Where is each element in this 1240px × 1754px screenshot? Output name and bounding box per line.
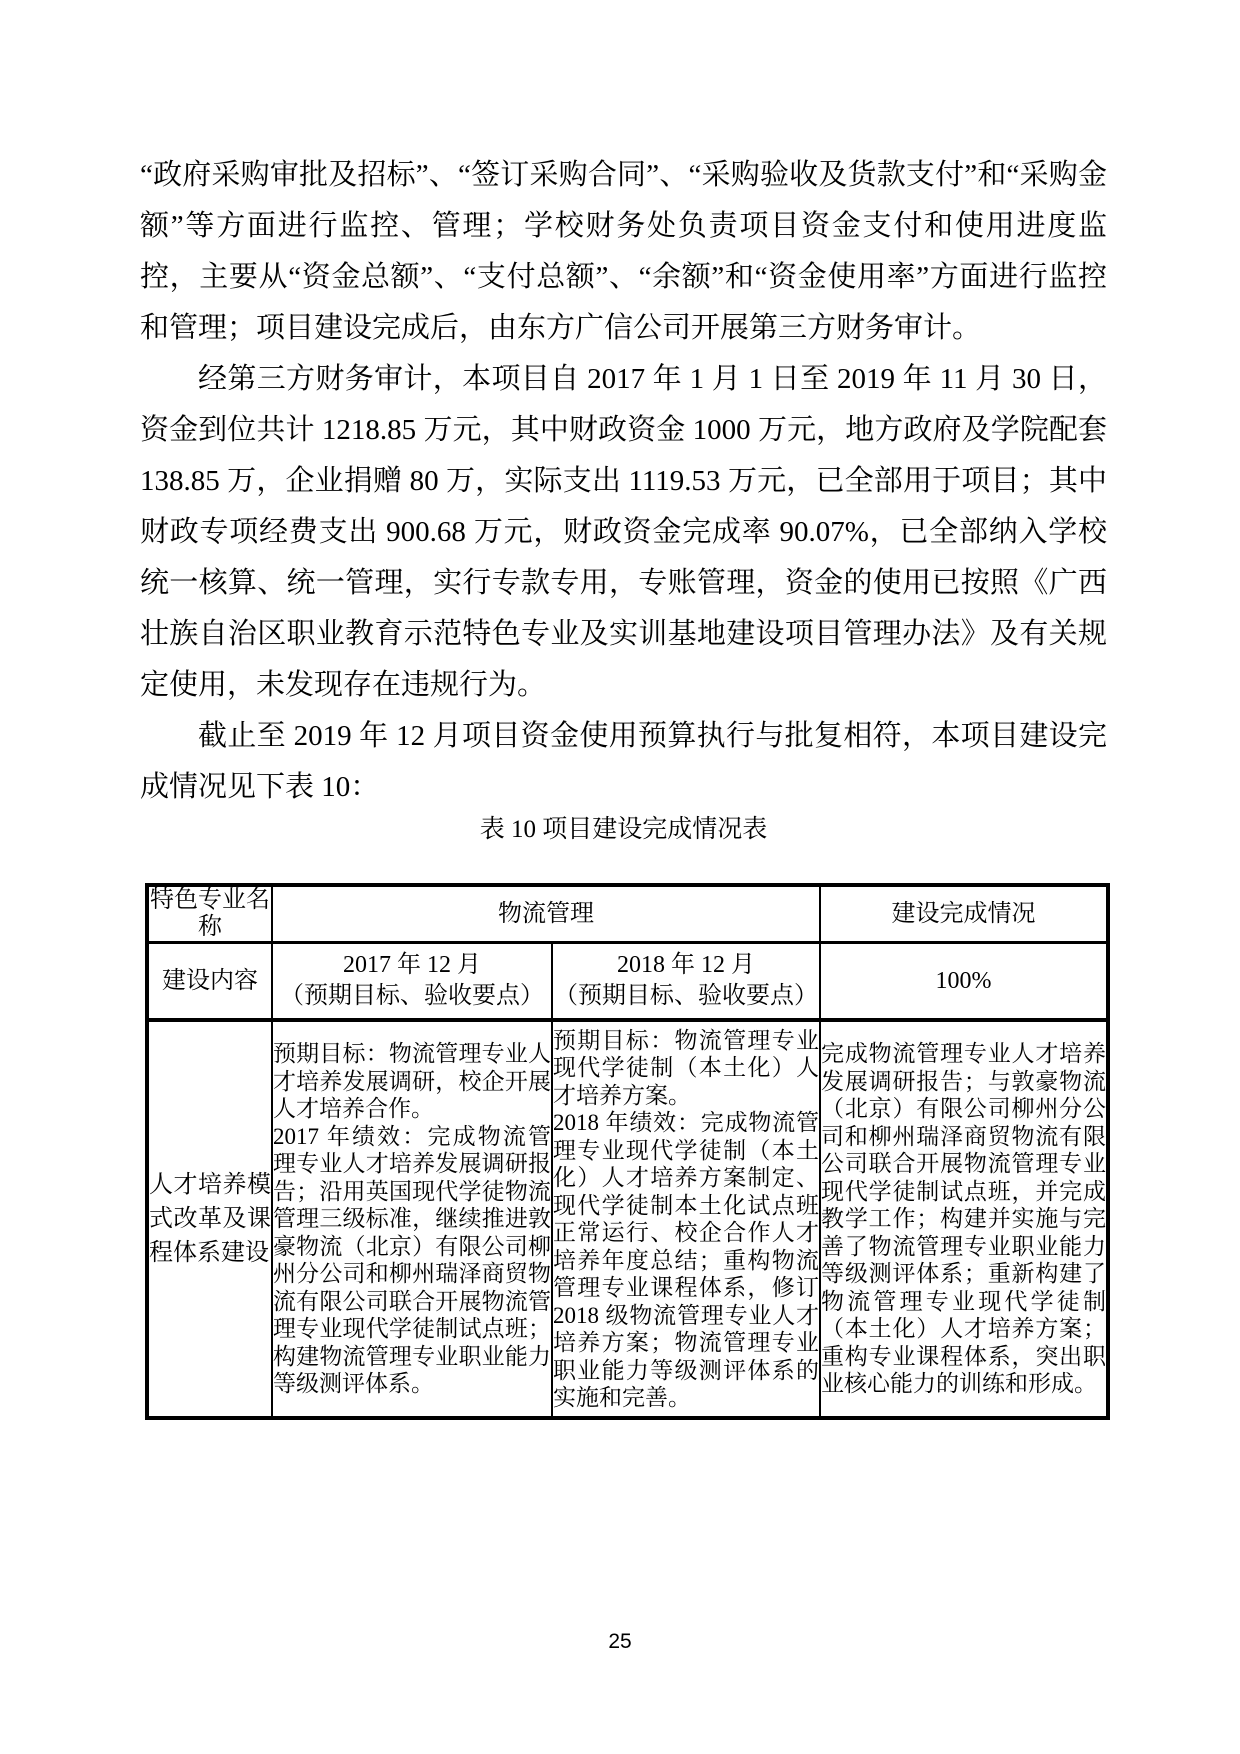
body-2017-result: 2017 年绩效：完成物流管理专业人才培养发展调研报告；沿用英国现代学徒物流管理… — [273, 1123, 551, 1398]
header-specialty-value: 物流管理 — [272, 885, 820, 943]
paragraph-procurement-monitoring: “政府采购审批及招标”、“签订采购合同”、“采购验收及货款支付”和“采购金额”等… — [140, 150, 1107, 354]
body-2017-cell: 预期目标：物流管理专业人才培养发展调研，校企开展人才培养合作。 2017 年绩效… — [272, 1020, 552, 1418]
paragraph-audit-summary: 经第三方财务审计，本项目自 2017 年 1 月 1 日至 2019 年 11 … — [140, 354, 1107, 711]
body-2018-cell: 预期目标：物流管理专业现代学徒制（本土化）人才培养方案。 2018 年绩效：完成… — [552, 1020, 820, 1418]
header-completion: 建设完成情况 — [820, 885, 1108, 943]
body-completion-cell: 完成物流管理专业人才培养发展调研报告；与敦豪物流（北京）有限公司柳州分公司和柳州… — [820, 1020, 1108, 1418]
document-page: “政府采购审批及招标”、“签订采购合同”、“采购验收及货款支付”和“采购金额”等… — [0, 0, 1240, 1754]
subheader-2018-date: 2018 年 12 月 — [553, 950, 819, 981]
table-header-row: 特色专业名称 物流管理 建设完成情况 — [147, 885, 1108, 943]
subheader-content-label: 建设内容 — [147, 943, 272, 1021]
subheader-2017-date: 2017 年 12 月 — [273, 950, 551, 981]
subheader-2017-note: （预期目标、验收要点） — [273, 981, 551, 1012]
table-body-row: 人才培养模式改革及课程体系建设 预期目标：物流管理专业人才培养发展调研，校企开展… — [147, 1020, 1108, 1418]
table-caption: 表 10 项目建设完成情况表 — [140, 815, 1107, 845]
header-specialty-name: 特色专业名称 — [147, 885, 272, 943]
subheader-completion-value: 100% — [820, 943, 1108, 1021]
body-row-title: 人才培养模式改革及课程体系建设 — [147, 1020, 272, 1418]
project-completion-table: 特色专业名称 物流管理 建设完成情况 建设内容 2017 年 12 月 （预期目… — [145, 883, 1110, 1420]
body-2018-result: 2018 年绩效：完成物流管理专业现代学徒制（本土化）人才培养方案制定、现代学徒… — [553, 1109, 819, 1412]
page-content: “政府采购审批及招标”、“签订采购合同”、“采购验收及货款支付”和“采购金额”等… — [140, 150, 1107, 1420]
subheader-2018-note: （预期目标、验收要点） — [553, 981, 819, 1012]
body-2017-goal: 预期目标：物流管理专业人才培养发展调研，校企开展人才培养合作。 — [273, 1040, 551, 1123]
paragraph-budget-conclusion: 截止至 2019 年 12 月项目资金使用预算执行与批复相符，本项目建设完成情况… — [140, 711, 1107, 813]
subheader-2018: 2018 年 12 月 （预期目标、验收要点） — [552, 943, 820, 1021]
subheader-2017: 2017 年 12 月 （预期目标、验收要点） — [272, 943, 552, 1021]
body-2018-goal: 预期目标：物流管理专业现代学徒制（本土化）人才培养方案。 — [553, 1027, 819, 1110]
table-subheader-row: 建设内容 2017 年 12 月 （预期目标、验收要点） 2018 年 12 月… — [147, 943, 1108, 1021]
page-number: 25 — [0, 1630, 1240, 1654]
